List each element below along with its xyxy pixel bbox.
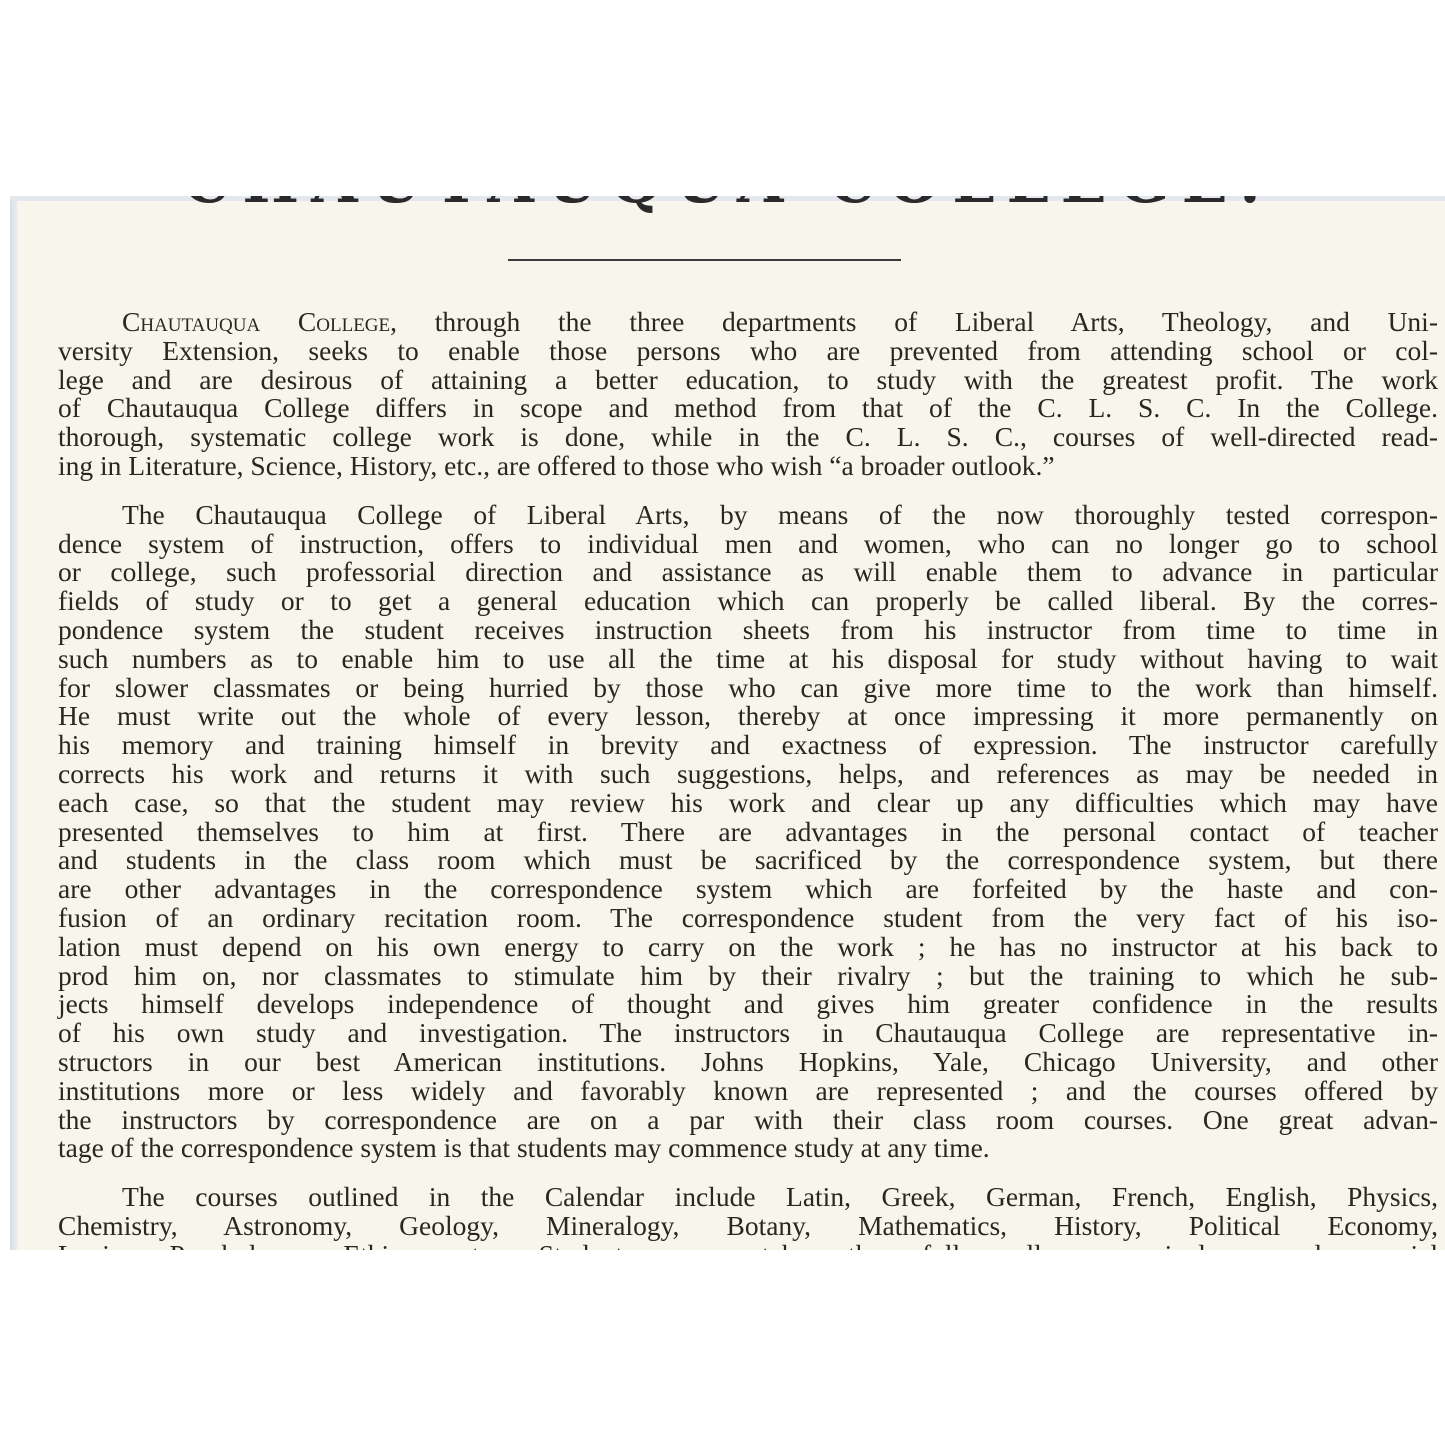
- text-line: lege and are desirous of attaining a bet…: [58, 366, 1438, 395]
- text-line: Chemistry, Astronomy, Geology, Mineralog…: [58, 1212, 1438, 1241]
- paragraph-1: Chautauqua College, through the three de…: [58, 308, 1438, 481]
- lead-smallcaps: Chautauqua College: [122, 306, 390, 337]
- text-line: of Chautauqua College differs in scope a…: [58, 394, 1438, 423]
- text-line: jects himself develops independence of t…: [58, 990, 1438, 1019]
- text-line: He must write out the whole of every les…: [58, 702, 1438, 731]
- paragraph-3: The courses outlined in the Calendar inc…: [58, 1183, 1438, 1250]
- text-line: versity Extension, seeks to enable those…: [58, 337, 1438, 366]
- title-divider: [508, 259, 901, 261]
- text-line: Logic, Psychology, Ethics, etc. Students…: [58, 1241, 1438, 1250]
- text-line: and students in the class room which mus…: [58, 846, 1438, 875]
- text-line: fusion of an ordinary recitation room. T…: [58, 904, 1438, 933]
- text-line: corrects his work and returns it with su…: [58, 760, 1438, 789]
- text-line: his memory and training himself in brevi…: [58, 731, 1438, 760]
- text-line: Chautauqua College, through the three de…: [58, 308, 1438, 337]
- text-line: presented themselves to him at first. Th…: [58, 818, 1438, 847]
- text-line: The Chautauqua College of Liberal Arts, …: [58, 501, 1438, 530]
- text-line: institutions more or less widely and fav…: [58, 1077, 1438, 1106]
- text-line: thorough, systematic college work is don…: [58, 423, 1438, 452]
- text-line: are other advantages in the corresponden…: [58, 875, 1438, 904]
- scan-left-edge: [10, 196, 18, 1250]
- text-line: the instructors by correspondence are on…: [58, 1106, 1438, 1135]
- text-line: or college, such professorial direction …: [58, 558, 1438, 587]
- text-line: of his own study and investigation. The …: [58, 1019, 1438, 1048]
- paragraph-2: The Chautauqua College of Liberal Arts, …: [58, 501, 1438, 1163]
- text-line: ing in Literature, Science, History, etc…: [58, 452, 1438, 481]
- text-line: pondence system the student receives ins…: [58, 616, 1438, 645]
- text-line: lation must depend on his own energy to …: [58, 933, 1438, 962]
- text-line: for slower classmates or being hurried b…: [58, 674, 1438, 703]
- text-line: each case, so that the student may revie…: [58, 789, 1438, 818]
- text-line: tage of the correspondence system is tha…: [58, 1134, 1438, 1163]
- text-line: structors in our best American instituti…: [58, 1048, 1438, 1077]
- text-line: fields of study or to get a general educ…: [58, 587, 1438, 616]
- text-line: dence system of instruction, offers to i…: [58, 530, 1438, 559]
- text-line: The courses outlined in the Calendar inc…: [58, 1183, 1438, 1212]
- text-line: such numbers as to enable him to use all…: [58, 645, 1438, 674]
- scanned-page: CHAUTAUQUA COLLEGE. Chautauqua College, …: [10, 196, 1445, 1250]
- text-line: prod him on, nor classmates to stimulate…: [58, 962, 1438, 991]
- page-title: CHAUTAUQUA COLLEGE.: [10, 196, 1445, 212]
- article-body: Chautauqua College, through the three de…: [58, 308, 1438, 1250]
